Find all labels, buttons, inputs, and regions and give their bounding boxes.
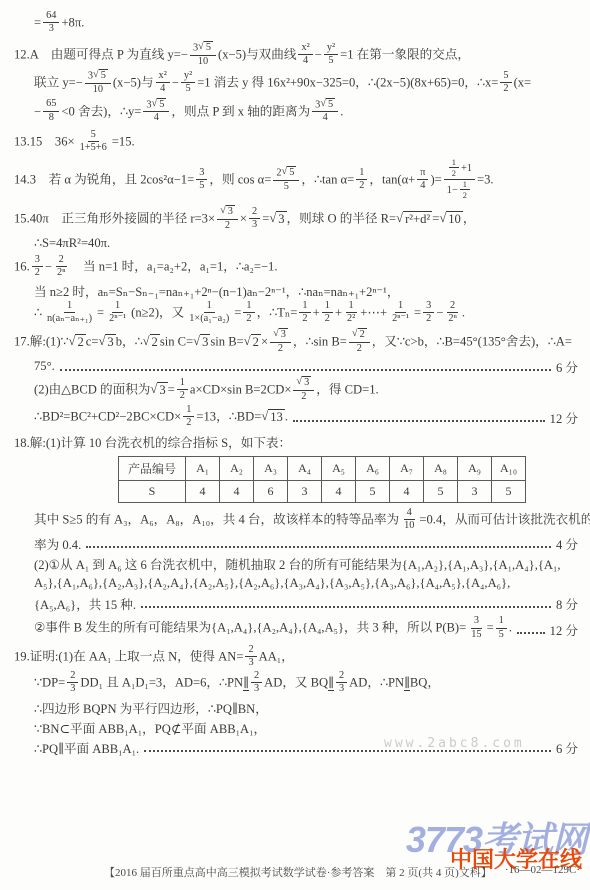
math-content: 12.A 由题可得点 P 为直线 y=−3√510(x−5)与双曲线x²4−y²…	[14, 42, 470, 69]
fraction: √32	[217, 205, 238, 232]
fraction: 1n(aₙ−aₙ₊₁)	[44, 300, 95, 325]
table-header-cell: 产品编号	[119, 457, 186, 481]
answer-line: 14.3 若 α 为锐角，且 2cos²α−1=35，则 cos α=2√55，…	[8, 159, 582, 202]
math-content: 14.3 若 α 为锐角，且 2cos²α−1=35，则 cos α=2√55，…	[14, 159, 494, 202]
math-content: ∵DP=23DD₁ 且 A₁D₁=3，AD=6，∴PN∥23AD，又 BQ∥23…	[34, 671, 440, 696]
math-content: (2)①从 A₁ 到 A₆ 这 6 台洗衣机中，随机抽取 2 台的所有可能结果为…	[34, 554, 561, 573]
answer-line: ∴PQ∥平面 ABB₁A₁.6 分	[8, 738, 582, 757]
fraction: 410	[401, 507, 417, 532]
fraction: 32	[32, 254, 43, 279]
fraction: 22ⁿ	[445, 300, 459, 325]
fraction: 12	[460, 179, 470, 200]
answer-line: A₅},{A₁,A₆},{A₂,A₃},{A₂,A₄},{A₂,A₅},{A₂,…	[8, 574, 582, 593]
fraction: 12ⁿ⁻¹	[106, 300, 129, 325]
math-content: 15.40π 正三角形外接圆的半径 r=3×√32×23=√3，则球 O 的半径…	[14, 206, 475, 233]
fraction: √32	[293, 376, 314, 403]
math-content: 19.证明:(1)在 AA₁ 上取一点 N，使得 AN=23AA₁，	[14, 645, 294, 670]
answer-line: 当 n≥2 时，aₙ=Sₙ−Sₙ₋₁=naₙ₊₁+2ⁿ−(n−1)aₙ−2ⁿ⁻¹…	[8, 281, 582, 300]
fraction: 315	[468, 615, 484, 640]
square-root: √3	[269, 211, 286, 228]
math-content: ∴四边形 BQPN 为平行四边形，∴PQ∥BN，	[34, 698, 268, 717]
table-value-cell: 5	[356, 481, 390, 503]
fraction: 51+5+6	[77, 129, 110, 154]
table-header-row: 产品编号A₁A₂A₃A₄A₅A₆A₇A₈A₉A₁₀	[119, 457, 526, 481]
answer-line: 12.A 由题可得点 P 为直线 y=−3√510(x−5)与双曲线x²4−y²…	[8, 42, 582, 69]
fraction: 658	[43, 98, 59, 123]
square-root: √2	[143, 334, 160, 351]
fraction: 12	[356, 167, 367, 192]
fraction: 12	[322, 300, 333, 325]
fraction: 12	[299, 300, 310, 325]
math-content: =643+8π.	[34, 11, 84, 36]
fraction: π4	[417, 167, 428, 192]
answer-line: (2)由△BCD 的面积为√3=12a×CD×sin B=2CD×√32，得 C…	[8, 377, 582, 404]
math-content: −658<0 舍去)，∴y=3√54，则点 P 到 x 轴的距离为3√54.	[34, 99, 343, 126]
square-root: √3	[273, 328, 288, 342]
square-root: √3	[193, 334, 210, 351]
math-content: ∴BD²=BC²+CD²−2BC×CD×12=13，∴BD=√13.	[34, 405, 288, 430]
square-root: √5	[320, 98, 335, 112]
answer-line: (2)①从 A₁ 到 A₆ 这 6 台洗衣机中，随机抽取 2 台的所有可能结果为…	[8, 554, 582, 573]
square-root: √13	[261, 409, 285, 426]
table-header-cell: A₉	[458, 457, 492, 481]
fraction: 32	[423, 300, 434, 325]
table-header-cell: A₆	[356, 457, 390, 481]
dotted-leader	[60, 362, 551, 371]
math-content: ②事件 B 发生的所有可能结果为{A₁,A₄},{A₂,A₄},{A₄,A₅}，…	[34, 616, 512, 641]
square-root: √3	[150, 382, 167, 399]
fraction: y²5	[324, 42, 338, 67]
table-value-row: S4463454535	[119, 481, 526, 503]
score-label: 8 分	[556, 594, 582, 613]
table-header-cell: A₁₀	[492, 457, 526, 481]
answer-line: 16.32−22ⁿ 当 n=1 时，a₁=a₂+2，a₁=1，∴a₂=−1.	[8, 255, 582, 280]
fraction: 3√54	[143, 98, 169, 125]
answer-line: =643+8π.	[8, 11, 582, 36]
table-header-cell: A₈	[424, 457, 458, 481]
math-content: 13.15 36×51+5+6=15.	[14, 130, 135, 155]
parallel-equal-sign: ∥	[404, 676, 410, 691]
math-content: 率为 0.4.	[34, 534, 81, 553]
table-value-cell: 3	[458, 481, 492, 503]
answer-line: 18.解:(1)计算 10 台洗衣机的综合指标 S，如下表：	[8, 432, 582, 451]
math-content: 75°.	[34, 359, 55, 374]
answer-line: 75°.6 分	[8, 357, 582, 376]
square-root: √5	[282, 166, 297, 180]
math-content: ∴1n(aₙ−aₙ₊₁)=12ⁿ⁻¹(n≥2)，又11×(a₁−a₂)=12，∴…	[34, 301, 465, 326]
answer-line: ∴S=4πR²=40π.	[8, 234, 582, 253]
answer-line: −658<0 舍去)，∴y=3√54，则点 P 到 x 轴的距离为3√54.	[8, 99, 582, 126]
score-label: 4 分	[556, 534, 582, 553]
parallel-equal-sign: ∥	[328, 676, 334, 691]
table-value-cell: 4	[186, 481, 220, 503]
fraction: 15	[496, 615, 507, 640]
fraction: 23	[251, 670, 262, 695]
exam-answer-page: =643+8π.12.A 由题可得点 P 为直线 y=−3√510(x−5)与双…	[0, 0, 590, 890]
dotted-leader	[86, 539, 551, 548]
table-value-cell: 5	[424, 481, 458, 503]
square-root: √2	[69, 334, 86, 351]
answer-lines: =643+8π.12.A 由题可得点 P 为直线 y=−3√510(x−5)与双…	[0, 0, 590, 757]
square-root: √10	[439, 211, 463, 228]
table-value-cell: 3	[288, 481, 322, 503]
table-value-cell: 6	[254, 481, 288, 503]
fraction: 12ⁿ⁻¹	[389, 300, 412, 325]
math-content: 联立 y=−3√510(x−5)与x²4−y²5=1 消去 y 得 16x²+9…	[34, 70, 531, 97]
table-header-cell: A₃	[254, 457, 288, 481]
parallel-equal-sign: ∥	[243, 676, 249, 691]
math-content: 其中 S≥5 的有 A₃，A₆，A₈，A₁₀，共 4 台，故该样本的特等品率为4…	[34, 508, 590, 533]
table-header-cell: A₇	[390, 457, 424, 481]
square-root: √3	[220, 205, 235, 219]
indicator-table: 产品编号A₁A₂A₃A₄A₅A₆A₇A₈A₉A₁₀S4463454535	[118, 456, 526, 503]
table-header-cell: A₂	[220, 457, 254, 481]
table-header-cell: A₅	[322, 457, 356, 481]
fraction: 23	[249, 206, 260, 231]
score-label: 6 分	[556, 738, 582, 757]
answer-line: 其中 S≥5 的有 A₃，A₆，A₈，A₁₀，共 4 台，故该样本的特等品率为4…	[8, 508, 582, 533]
fraction: 12	[243, 300, 254, 325]
square-root: √2	[244, 334, 261, 351]
answer-line: {A₅,A₆}，共 15 种.8 分	[8, 594, 582, 613]
fraction: 23	[245, 644, 256, 669]
math-content: (2)由△BCD 的面积为√3=12a×CD×sin B=2CD×√32，得 C…	[34, 377, 379, 404]
fraction: x²4	[298, 42, 312, 67]
math-content: ∵BN⊂平面 ABB₁A₁，PQ⊄平面 ABB₁A₁，	[34, 718, 266, 737]
table-header-cell: A₁	[186, 457, 220, 481]
dotted-leader	[144, 743, 551, 752]
score-label: 12 分	[550, 408, 582, 427]
math-content: 17.解:(1)∵√2c=√3b，∴√2sin C=√3sin B=√2×√32…	[14, 329, 572, 356]
score-label: 6 分	[556, 357, 582, 376]
fraction: 12+11−12	[444, 158, 475, 201]
answer-line: ∴四边形 BQPN 为平行四边形，∴PQ∥BN，	[8, 698, 582, 717]
square-root: √r²+d²	[396, 211, 432, 228]
fraction: 35	[196, 167, 207, 192]
dotted-leader	[293, 413, 545, 422]
fraction: 12	[449, 157, 459, 178]
square-root: √5	[93, 69, 108, 83]
fraction: x²4	[156, 70, 170, 95]
table-value-cell: 4	[390, 481, 424, 503]
fraction: √22	[349, 328, 370, 355]
fraction: 12	[177, 377, 188, 402]
math-content: 当 n≥2 时，aₙ=Sₙ−Sₙ₋₁=naₙ₊₁+2ⁿ−(n−1)aₙ−2ⁿ⁻¹…	[34, 281, 399, 300]
answer-line: ∴BD²=BC²+CD²−2BC×CD×12=13，∴BD=√13.12 分	[8, 405, 582, 430]
page-footer: 【2016 届百所重点高中高三模拟考试数学试卷·参考答案 第 2 页(共 4 页…	[0, 864, 590, 880]
table-value-cell: S	[119, 481, 186, 503]
square-root: √3	[98, 334, 115, 351]
square-root: √2	[352, 328, 367, 342]
math-content: ∴PQ∥平面 ABB₁A₁.	[34, 738, 139, 757]
fraction: 12²	[344, 300, 358, 325]
fraction: 2√55	[273, 166, 299, 193]
fraction: 3√54	[312, 98, 338, 125]
fraction: 3√510	[85, 69, 111, 96]
fraction: 11×(a₁−a₂)	[186, 300, 232, 325]
math-content: 16.32−22ⁿ 当 n=1 时，a₁=a₂+2，a₁=1，∴a₂=−1.	[14, 255, 278, 280]
footer-code: ·16—02—129C·	[505, 864, 580, 880]
answer-line: 13.15 36×51+5+6=15.	[8, 130, 582, 155]
answer-line: 15.40π 正三角形外接圆的半径 r=3×√32×23=√3，则球 O 的半径…	[8, 206, 582, 233]
fraction: y²5	[181, 70, 195, 95]
math-content: ∴S=4πR²=40π.	[34, 235, 110, 251]
fraction: 23	[336, 670, 347, 695]
table-value-cell: 4	[220, 481, 254, 503]
math-content: {A₅,A₆}，共 15 种.	[34, 594, 136, 613]
answer-line: ②事件 B 发生的所有可能结果为{A₁,A₄},{A₂,A₄},{A₄,A₅}，…	[8, 616, 582, 641]
fraction: 52	[500, 70, 511, 95]
dotted-leader	[517, 625, 545, 634]
fraction: 12	[183, 404, 194, 429]
dotted-leader	[141, 599, 551, 608]
answer-line: 17.解:(1)∵√2c=√3b，∴√2sin C=√3sin B=√2×√32…	[8, 329, 582, 356]
answer-line: 率为 0.4.4 分	[8, 534, 582, 553]
fraction: 643	[43, 10, 59, 35]
answer-line: ∵BN⊂平面 ABB₁A₁，PQ⊄平面 ABB₁A₁，	[8, 718, 582, 737]
watermark-3773-kaoshiwang: 3773考试网	[406, 812, 587, 863]
answer-line: ∴1n(aₙ−aₙ₊₁)=12ⁿ⁻¹(n≥2)，又11×(a₁−a₂)=12，∴…	[8, 301, 582, 326]
answer-line: 19.证明:(1)在 AA₁ 上取一点 N，使得 AN=23AA₁，	[8, 645, 582, 670]
table-value-cell: 4	[322, 481, 356, 503]
fraction: 3√510	[190, 41, 216, 68]
answer-line: 联立 y=−3√510(x−5)与x²4−y²5=1 消去 y 得 16x²+9…	[8, 70, 582, 97]
square-root: √5	[152, 98, 167, 112]
square-root: √5	[198, 41, 213, 55]
fraction: 23	[67, 670, 78, 695]
math-content: 18.解:(1)计算 10 台洗衣机的综合指标 S，如下表：	[14, 432, 291, 451]
footer-title: 【2016 届百所重点高中高三模拟考试数学试卷·参考答案 第 2 页(共 4 页…	[104, 864, 492, 880]
answer-line: ∵DP=23DD₁ 且 A₁D₁=3，AD=6，∴PN∥23AD，又 BQ∥23…	[8, 671, 582, 696]
fraction: 22ⁿ	[54, 254, 68, 279]
fraction: √32	[270, 328, 291, 355]
math-content: A₅},{A₁,A₆},{A₂,A₃},{A₂,A₄},{A₂,A₅},{A₂,…	[34, 576, 510, 591]
square-root: √3	[296, 376, 311, 390]
score-label: 12 分	[550, 620, 582, 639]
table-header-cell: A₄	[288, 457, 322, 481]
table-value-cell: 5	[492, 481, 526, 503]
